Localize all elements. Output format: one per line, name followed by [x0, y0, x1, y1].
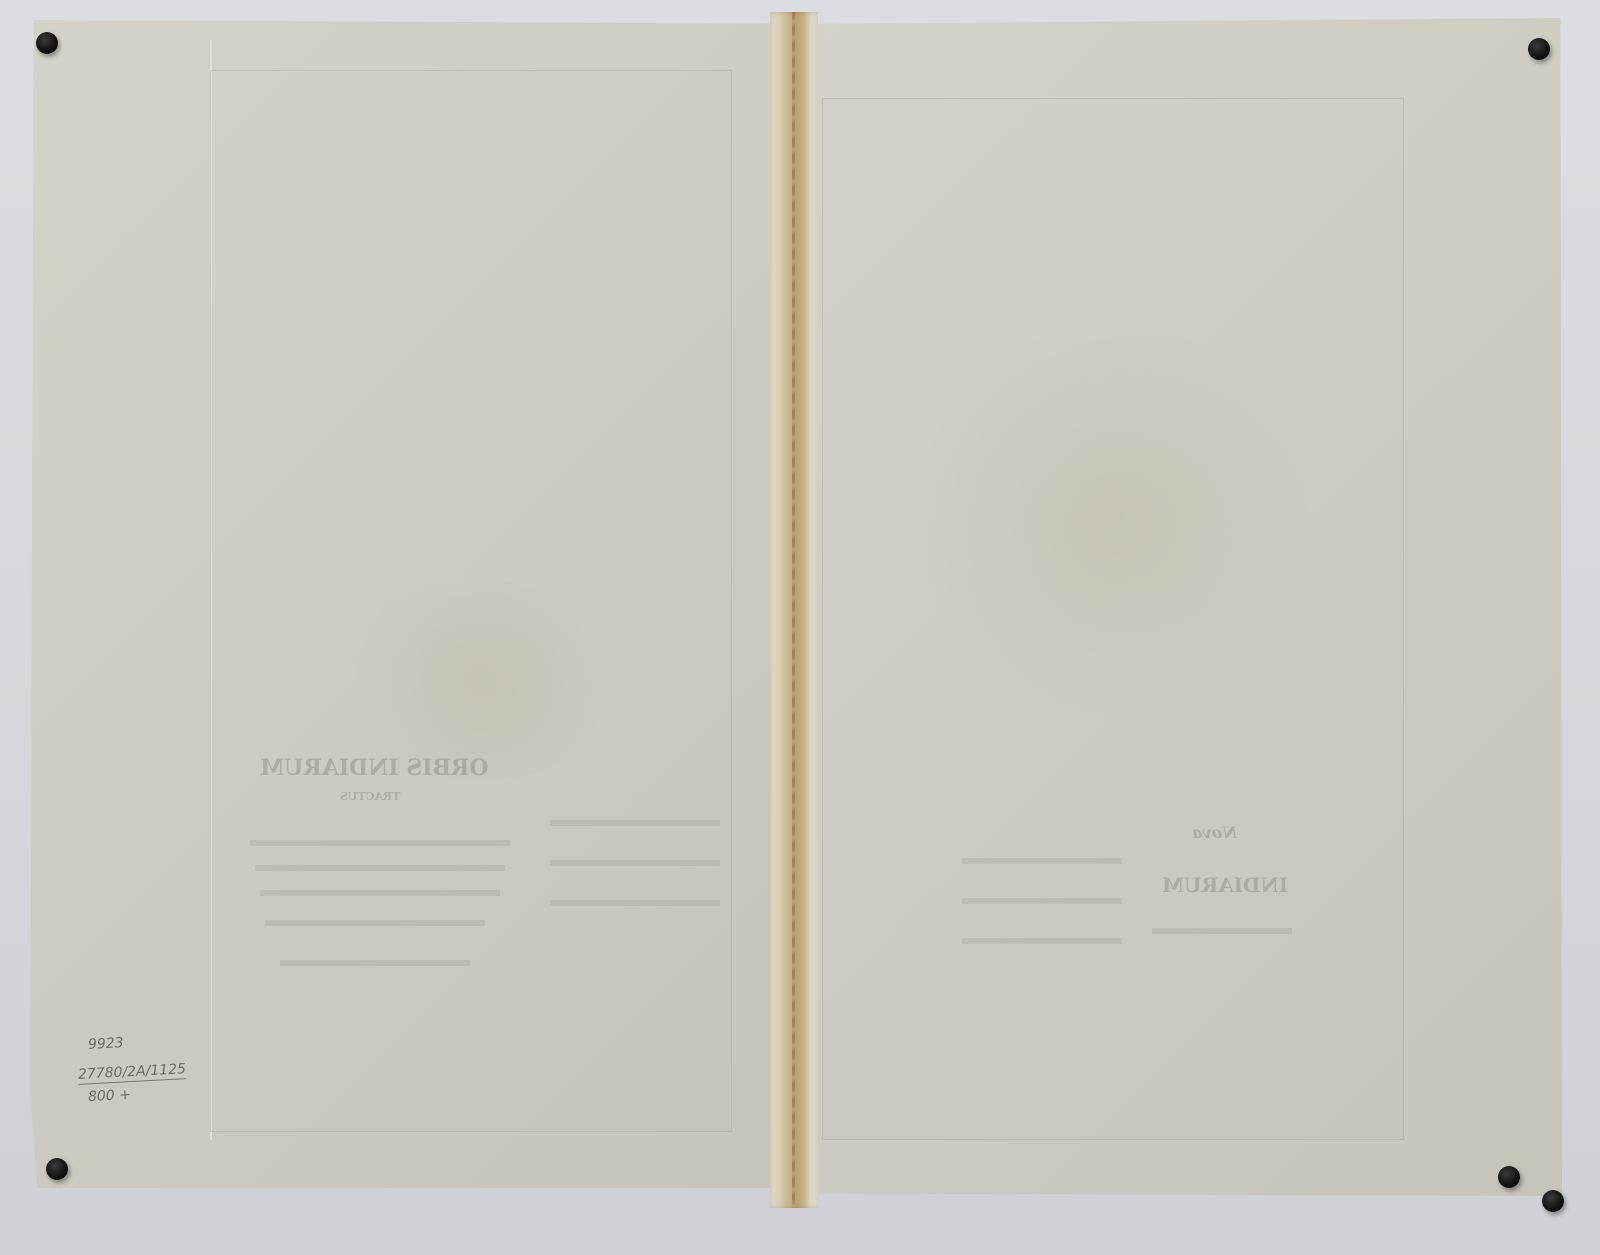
ghost-text-line — [962, 858, 1122, 864]
ghost-text-line — [962, 898, 1122, 904]
pencil-note-3: 800 + — [88, 1087, 132, 1105]
foxing-stain — [912, 318, 1312, 718]
ghost-text-line — [280, 960, 470, 966]
ghost-text-line — [265, 920, 485, 926]
ghost-text-line — [962, 938, 1122, 944]
ghost-text-line — [550, 900, 720, 906]
pin-icon — [1498, 1166, 1520, 1188]
ghost-text-line — [1152, 928, 1292, 934]
ghost-subtitle-left: TRACTUS — [340, 790, 400, 803]
central-guard-strip — [770, 12, 818, 1208]
pin-icon — [46, 1158, 68, 1180]
left-map-sheet: ORBIS INDIARUM TRACTUS — [30, 20, 770, 1188]
right-map-sheet: Nova INDIARUM — [812, 18, 1562, 1196]
pin-icon — [1542, 1190, 1564, 1212]
ghost-text-line — [550, 860, 720, 866]
ghost-title-right: INDIARUM — [1162, 873, 1288, 897]
ghost-text-line — [255, 865, 505, 871]
ghost-top-right: Nova — [1192, 823, 1237, 842]
foxing-stain — [330, 580, 630, 780]
ghost-text-line — [550, 820, 720, 826]
ghost-title-left: ORBIS INDIARUM — [260, 755, 489, 781]
ghost-text-line — [250, 840, 510, 846]
pin-icon — [1528, 38, 1550, 60]
pin-icon — [36, 32, 58, 54]
pencil-note-1: 9923 — [88, 1035, 124, 1053]
ghost-text-line — [260, 890, 500, 896]
